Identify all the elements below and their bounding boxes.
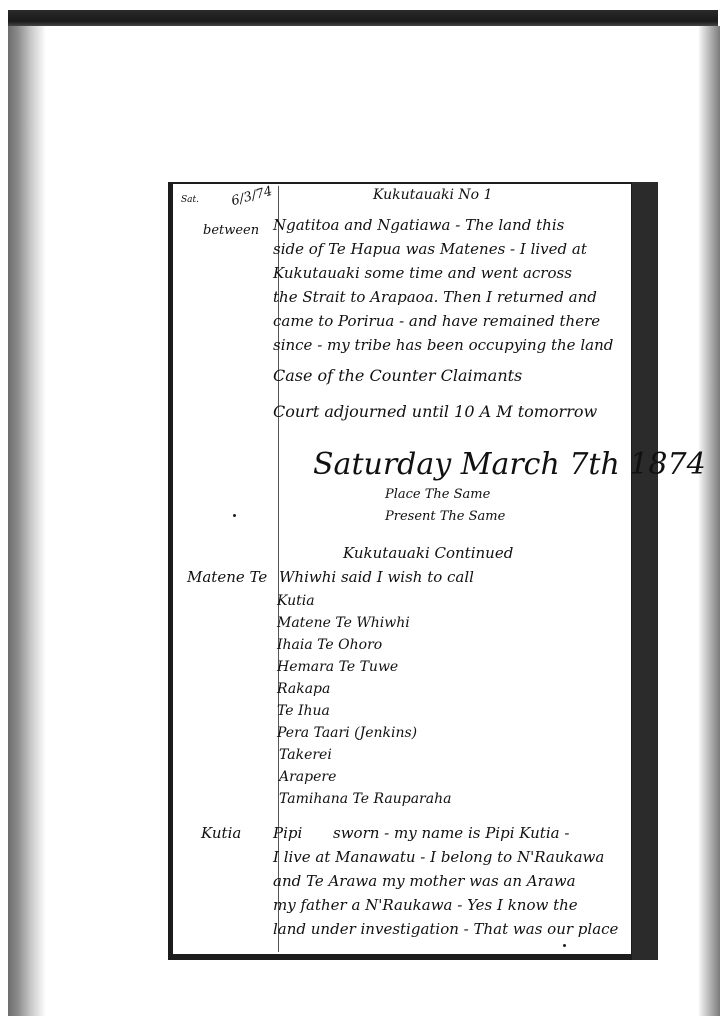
witness-name: Pera Taari (Jenkins) (277, 726, 417, 740)
witness-name: Te Ihua (277, 704, 330, 718)
page-sheet: Sat. 6/3/74 Kukutauaki No 1 between Ngat… (173, 184, 631, 954)
testimony-line: my father a N'Raukawa - Yes I know the (273, 898, 578, 913)
session-present: Present The Same (385, 510, 505, 523)
session-place: Place The Same (385, 488, 490, 501)
testimony-line: I live at Manawatu - I belong to N'Rauka… (273, 850, 604, 865)
continued-heading: Kukutauaki Continued (343, 546, 513, 561)
scan-speck (563, 944, 566, 947)
witness-name: Rakapa (277, 682, 330, 696)
minute-book-page: Sat. 6/3/74 Kukutauaki No 1 between Ngat… (168, 182, 658, 960)
session-date-heading: Saturday March 7th 1874 (313, 450, 706, 480)
case-line: Case of the Counter Claimants (273, 368, 522, 384)
testimony-line: and Te Arawa my mother was an Arawa (273, 874, 576, 889)
scan-speck (233, 514, 236, 517)
scan-right-shadow (698, 26, 720, 1016)
page-binding-shadow (632, 182, 658, 960)
witness-name: Hemara Te Tuwe (277, 660, 398, 674)
margin-between: between (203, 224, 259, 237)
witness-name: Matene Te Whiwhi (277, 616, 410, 630)
witness-name: Tamihana Te Rauparaha (279, 792, 451, 806)
witness-name: Arapere (279, 770, 336, 784)
testimony-line: Ngatitoa and Ngatiawa - The land this (273, 218, 564, 233)
testimony-line: side of Te Hapua was Matenes - I lived a… (273, 242, 587, 257)
margin-speaker: Kutia (201, 826, 241, 841)
testimony-line: land under investigation - That was our … (273, 922, 618, 937)
testimony-line: Kukutauaki some time and went across (273, 266, 572, 281)
witness-name: Ihaia Te Ohoro (277, 638, 382, 652)
witness-name: Kutia (277, 594, 315, 608)
adjourn-line: Court adjourned until 10 A M tomorrow (273, 404, 597, 420)
testimony-line: since - my tribe has been occupying the … (273, 338, 613, 353)
witness-label: Pipi (273, 826, 302, 841)
call-line: Whiwhi said I wish to call (279, 570, 474, 585)
header-date: 6/3/74 (230, 185, 274, 208)
witness-name: Takerei (279, 748, 332, 762)
testimony-line: sworn - my name is Pipi Kutia - (333, 826, 569, 841)
margin-speaker: Matene Te (187, 570, 267, 585)
scanned-document: Sat. 6/3/74 Kukutauaki No 1 between Ngat… (0, 0, 724, 1024)
testimony-line: the Strait to Arapaoa. Then I returned a… (273, 290, 597, 305)
page-title: Kukutauaki No 1 (373, 188, 492, 202)
scan-top-edge (8, 10, 718, 26)
testimony-line: came to Porirua - and have remained ther… (273, 314, 600, 329)
scan-left-shadow (8, 26, 46, 1016)
margin-mark: Sat. (181, 196, 199, 205)
